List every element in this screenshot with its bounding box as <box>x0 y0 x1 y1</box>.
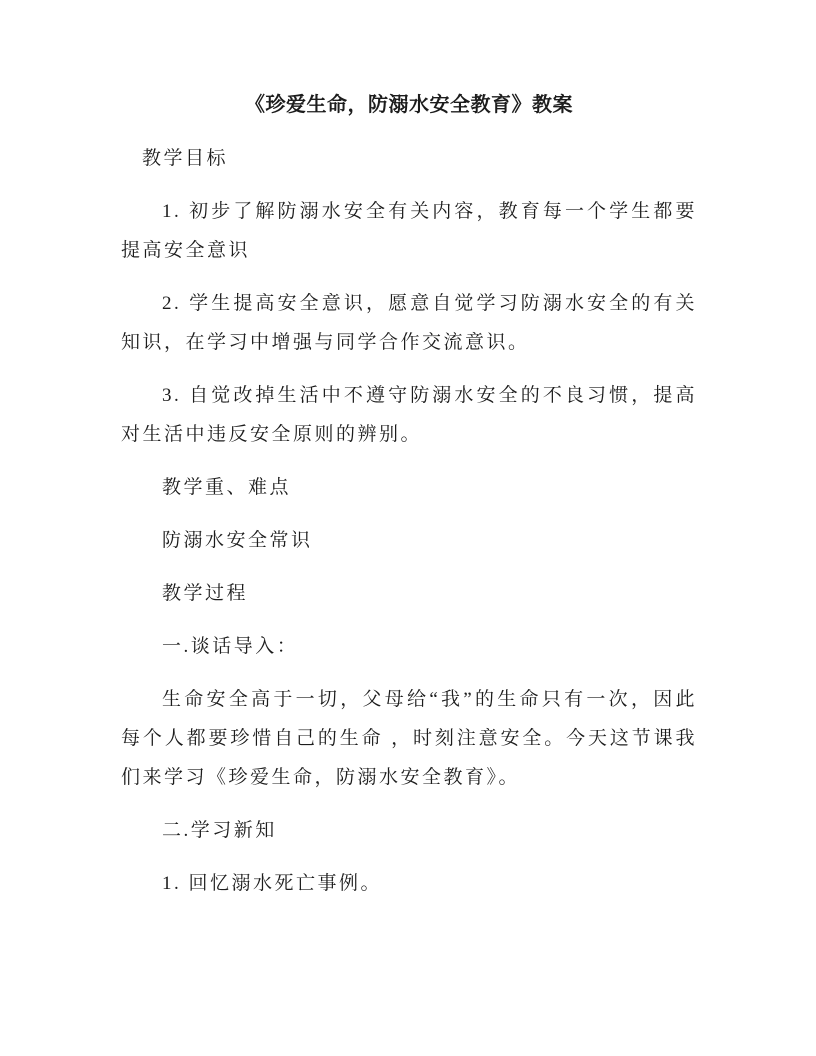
section-2-list-item-recall-drowning-cases: 1. 回忆溺水死亡事例。 <box>121 864 697 903</box>
section-2-heading-learn-new-knowledge: 二.学习新知 <box>121 811 697 850</box>
document-title: 《珍爱生命，防溺水安全教育》教案 <box>121 86 697 125</box>
heading-key-difficult-points: 教学重、难点 <box>121 468 697 507</box>
objective-item-1: 1. 初步了解防溺水安全有关内容，教育每一个学生都要提高安全意识 <box>121 192 697 270</box>
document-page: 《珍爱生命，防溺水安全教育》教案 教学目标 1. 初步了解防溺水安全有关内容，教… <box>0 0 816 1056</box>
heading-teaching-process: 教学过程 <box>121 574 697 613</box>
key-difficult-points-content: 防溺水安全常识 <box>121 521 697 560</box>
heading-teaching-objectives: 教学目标 <box>121 139 697 178</box>
section-1-heading-talk-introduction: 一.谈话导入： <box>121 627 697 666</box>
objective-item-3: 3. 自觉改掉生活中不遵守防溺水安全的不良习惯，提高对生活中违反安全原则的辨别。 <box>121 376 697 454</box>
section-1-introduction-paragraph: 生命安全高于一切，父母给“我”的生命只有一次，因此每个人都要珍惜自己的生命 ，时… <box>121 680 697 797</box>
objective-item-2: 2. 学生提高安全意识，愿意自觉学习防溺水安全的有关知识，在学习中增强与同学合作… <box>121 284 697 362</box>
